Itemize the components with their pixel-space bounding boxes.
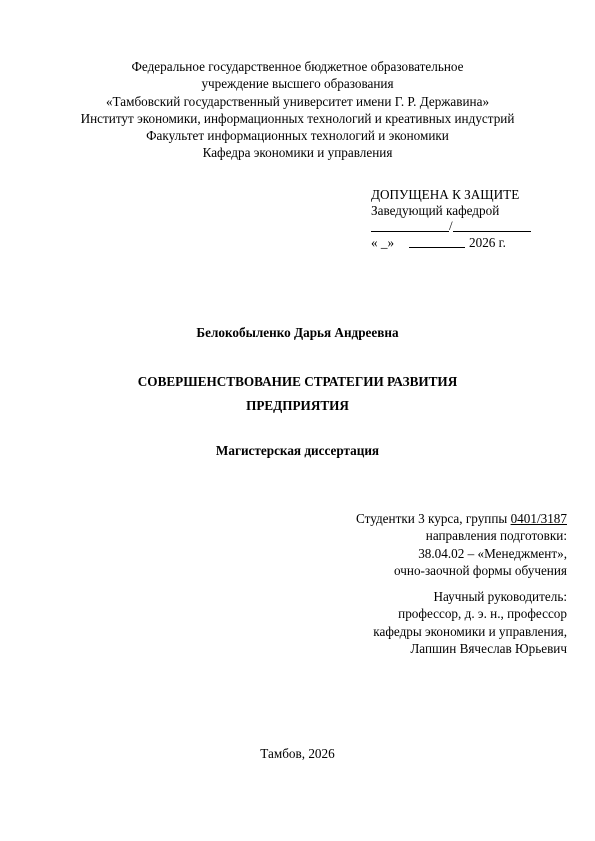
- header-line: Федеральное государственное бюджетное об…: [0, 58, 595, 75]
- date-day-blank: « _»: [371, 235, 394, 251]
- supervisor-name: Лапшин Вячеслав Юрьевич: [373, 640, 567, 657]
- supervisor-label: Научный руководитель:: [373, 588, 567, 605]
- approval-stamp: ДОПУЩЕНА К ЗАЩИТЕ: [371, 187, 519, 203]
- group-number: 0401/3187: [511, 511, 567, 526]
- author-name: Белокобыленко Дарья Андреевна: [0, 325, 595, 341]
- student-course-group: Студентки 3 курса, группы 0401/3187: [356, 510, 567, 527]
- city-year: Тамбов, 2026: [0, 746, 595, 762]
- thesis-title: СОВЕРШЕНСТВОВАНИЕ СТРАТЕГИИ РАЗВИТИЯ ПРЕ…: [0, 370, 595, 418]
- title-page: Федеральное государственное бюджетное об…: [0, 0, 595, 841]
- title-line: ПРЕДПРИЯТИЯ: [0, 394, 595, 418]
- approval-date-line: « _» 2026 г.: [371, 235, 519, 251]
- supervisor-info: Научный руководитель: профессор, д. э. н…: [373, 588, 567, 657]
- approval-role: Заведующий кафедрой: [371, 203, 519, 219]
- student-direction: 38.04.02 – «Менеджмент»,: [356, 545, 567, 562]
- approval-block: ДОПУЩЕНА К ЗАЩИТЕ Заведующий кафедрой / …: [371, 187, 519, 251]
- header-line: Кафедра экономики и управления: [0, 144, 595, 161]
- header-line: «Тамбовский государственный университет …: [0, 93, 595, 110]
- header-line: Институт экономики, информационных техно…: [0, 110, 595, 127]
- title-line: СОВЕРШЕНСТВОВАНИЕ СТРАТЕГИИ РАЗВИТИЯ: [0, 370, 595, 394]
- student-direction-label: направления подготовки:: [356, 527, 567, 544]
- student-study-form: очно-заочной формы обучения: [356, 562, 567, 579]
- document-type: Магистерская диссертация: [0, 443, 595, 459]
- signature-blank: [371, 231, 449, 232]
- student-info: Студентки 3 курса, группы 0401/3187 напр…: [356, 510, 567, 579]
- name-blank: [453, 231, 531, 232]
- signature-line: /: [371, 219, 519, 235]
- header-line: Факультет информационных технологий и эк…: [0, 127, 595, 144]
- date-year: 2026 г.: [469, 235, 506, 251]
- student-course: Студентки 3 курса, группы: [356, 511, 511, 526]
- supervisor-department: кафедры экономики и управления,: [373, 623, 567, 640]
- institution-header: Федеральное государственное бюджетное об…: [0, 58, 595, 162]
- date-month-blank: [409, 247, 465, 248]
- supervisor-title: профессор, д. э. н., профессор: [373, 605, 567, 622]
- header-line: учреждение высшего образования: [0, 75, 595, 92]
